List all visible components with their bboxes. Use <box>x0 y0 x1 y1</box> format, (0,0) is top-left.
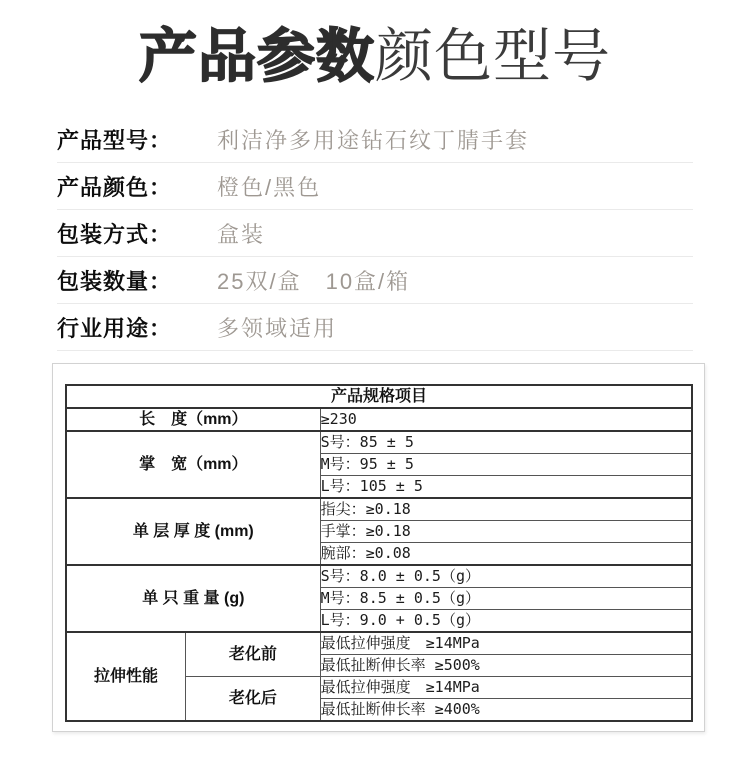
after-aging-strength: 最低拉伸强度 ≥14MPa <box>320 677 692 699</box>
attribute-label: 产品颜色： <box>57 171 217 202</box>
thickness-label: 单 层 厚 度 (mm) <box>66 498 320 565</box>
palm-width-label: 掌 宽（mm） <box>66 431 320 498</box>
spec-table-container: 产品规格项目 长 度（mm） ≥230 掌 宽（mm） S号：85 ± 5 M号… <box>52 363 705 732</box>
attribute-label: 产品型号： <box>57 124 217 155</box>
weight-m: M号：8.5 ± 0.5（g） <box>320 588 692 610</box>
attribute-value: 多领域适用 <box>217 312 337 343</box>
after-aging-elongation: 最低扯断伸长率 ≥400% <box>320 699 692 722</box>
thickness-fingertip: 指尖：≥0.18 <box>320 498 692 521</box>
attribute-value: 25双/盒 10盒/箱 <box>217 265 410 296</box>
attribute-row-quantity: 包装数量： 25双/盒 10盒/箱 <box>57 257 693 304</box>
attribute-row-color: 产品颜色： 橙色/黑色 <box>57 163 693 210</box>
weight-l: L号：9.0 + 0.5（g） <box>320 610 692 633</box>
attribute-row-usage: 行业用途： 多领域适用 <box>57 304 693 351</box>
product-spec-page: { "title": { "bold": "产品参数", "light": "颜… <box>0 0 750 765</box>
attribute-row-packaging: 包装方式： 盒装 <box>57 210 693 257</box>
attribute-row-model: 产品型号： 利洁净多用途钻石纹丁腈手套 <box>57 116 693 163</box>
palm-width-m: M号：95 ± 5 <box>320 454 692 476</box>
attribute-label: 包装方式： <box>57 218 217 249</box>
spec-row-length: 长 度（mm） ≥230 <box>66 408 692 431</box>
spec-row-palm-width-s: 掌 宽（mm） S号：85 ± 5 <box>66 431 692 454</box>
spec-row-weight-s: 单 只 重 量 (g) S号：8.0 ± 0.5（g） <box>66 565 692 588</box>
thickness-wrist: 腕部：≥0.08 <box>320 543 692 566</box>
spec-table: 产品规格项目 长 度（mm） ≥230 掌 宽（mm） S号：85 ± 5 M号… <box>65 384 693 722</box>
attribute-value: 利洁净多用途钻石纹丁腈手套 <box>217 124 529 155</box>
palm-width-l: L号：105 ± 5 <box>320 476 692 499</box>
spec-table-title: 产品规格项目 <box>66 385 692 408</box>
before-aging-elongation: 最低扯断伸长率 ≥500% <box>320 655 692 677</box>
spec-header-row: 产品规格项目 <box>66 385 692 408</box>
attribute-value: 盒装 <box>217 218 265 249</box>
before-aging-label: 老化前 <box>186 632 321 677</box>
palm-width-s: S号：85 ± 5 <box>320 431 692 454</box>
spec-row-thickness-fingertip: 单 层 厚 度 (mm) 指尖：≥0.18 <box>66 498 692 521</box>
length-label: 长 度（mm） <box>66 408 320 431</box>
attribute-value: 橙色/黑色 <box>217 171 321 202</box>
attribute-label: 包装数量： <box>57 265 217 296</box>
before-aging-strength: 最低拉伸强度 ≥14MPa <box>320 632 692 655</box>
tensile-label: 拉伸性能 <box>66 632 186 721</box>
attribute-label: 行业用途： <box>57 312 217 343</box>
weight-s: S号：8.0 ± 0.5（g） <box>320 565 692 588</box>
thickness-palm: 手掌：≥0.18 <box>320 521 692 543</box>
weight-label: 单 只 重 量 (g) <box>66 565 320 632</box>
length-value: ≥230 <box>320 408 692 431</box>
after-aging-label: 老化后 <box>186 677 321 722</box>
page-title-bold: 产品参数 <box>139 24 375 89</box>
attribute-list: 产品型号： 利洁净多用途钻石纹丁腈手套 产品颜色： 橙色/黑色 包装方式： 盒装… <box>57 116 693 351</box>
spec-row-tensile-before-strength: 拉伸性能 老化前 最低拉伸强度 ≥14MPa <box>66 632 692 655</box>
page-title: 产品参数颜色型号 <box>0 26 750 87</box>
page-title-light: 颜色型号 <box>375 24 611 89</box>
